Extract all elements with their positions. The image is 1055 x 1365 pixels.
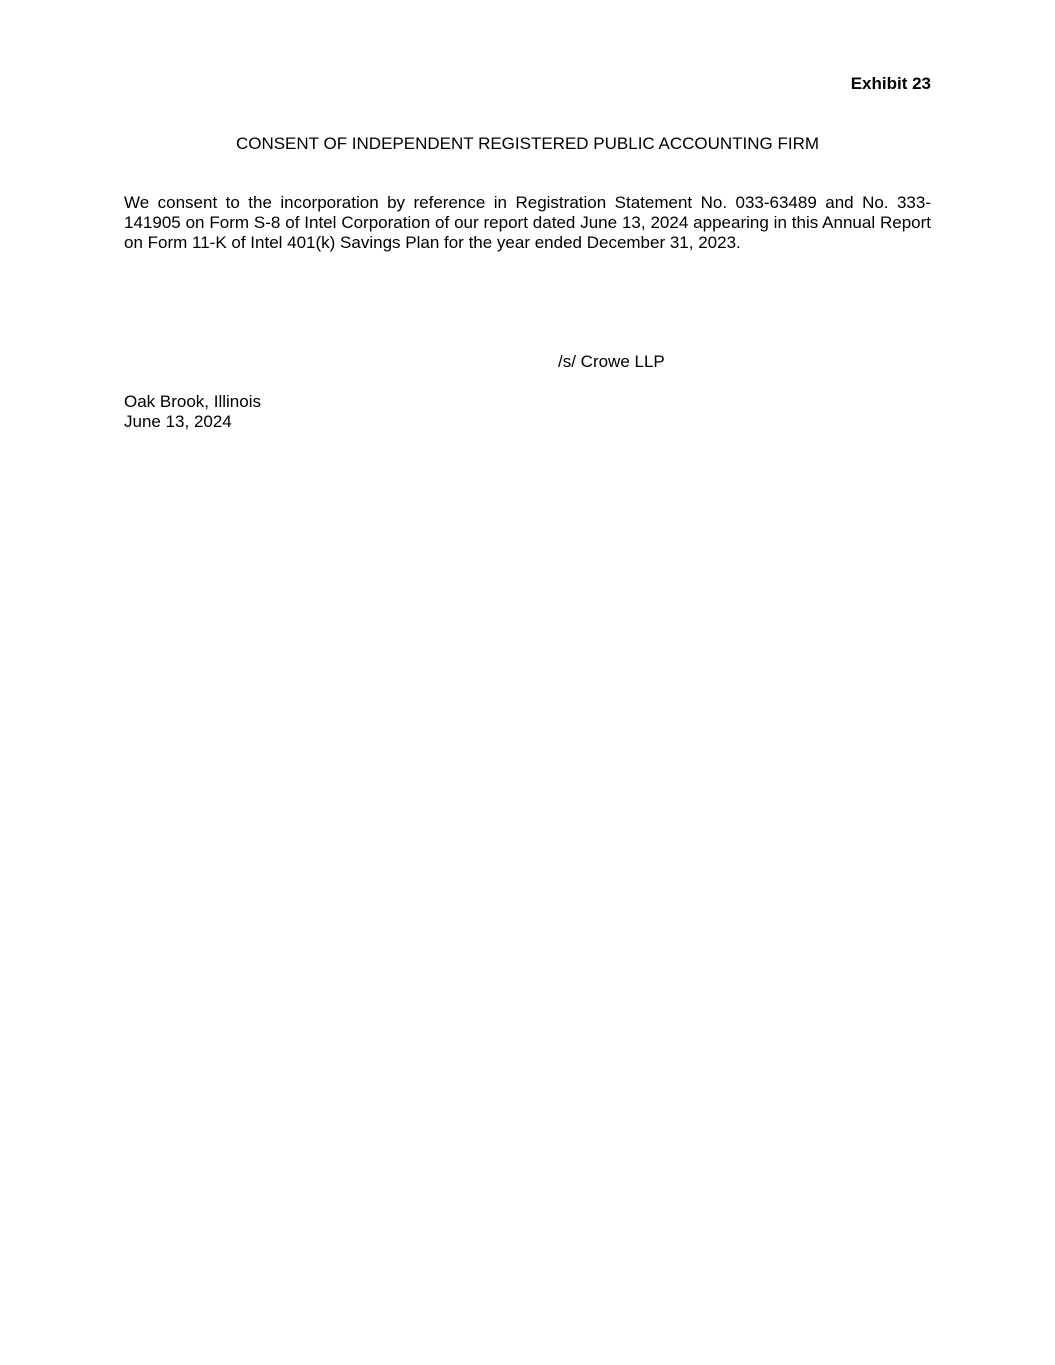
signing-location: Oak Brook, Illinois: [124, 392, 261, 412]
document-title: CONSENT OF INDEPENDENT REGISTERED PUBLIC…: [0, 134, 1055, 154]
signing-date: June 13, 2024: [124, 412, 261, 432]
exhibit-label: Exhibit 23: [851, 74, 931, 94]
signature: /s/ Crowe LLP: [558, 352, 665, 372]
signing-block: Oak Brook, Illinois June 13, 2024: [124, 392, 261, 432]
consent-paragraph: We consent to the incorporation by refer…: [124, 193, 931, 253]
